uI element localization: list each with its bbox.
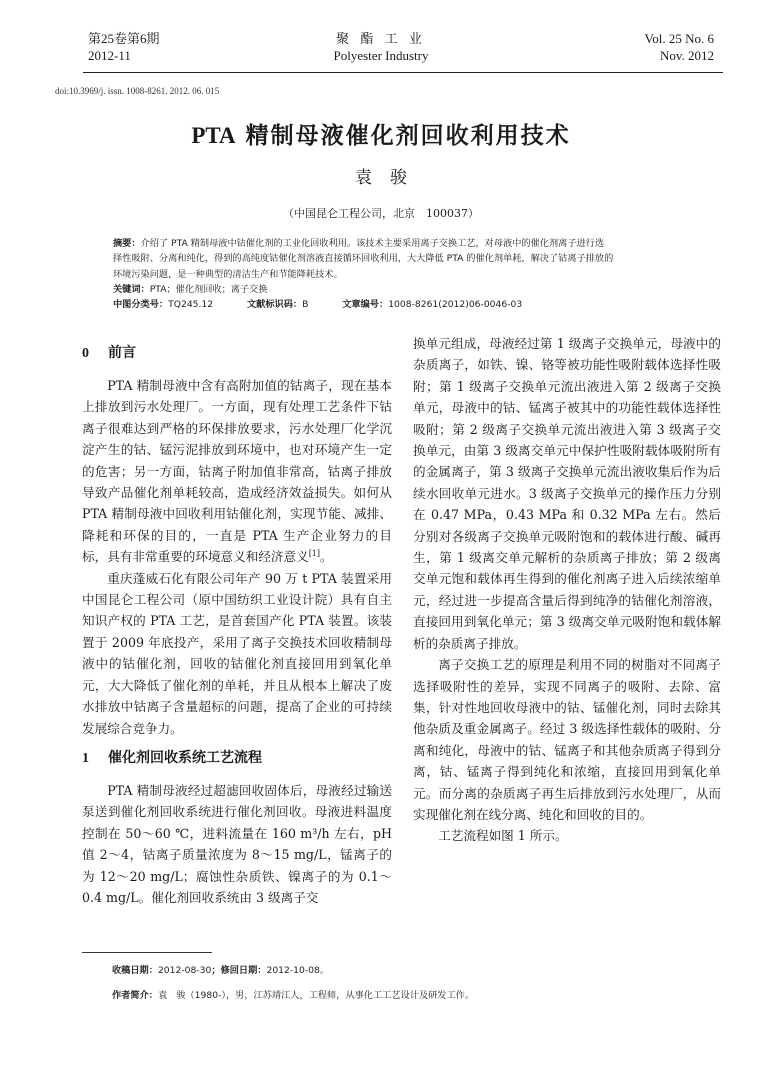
paragraph: 换单元组成，母液经过第 1 级离子交换单元，母液中的杂质离子，如铁、镍、铬等被功… <box>413 333 721 654</box>
author-bio: 作者简介：袁 骏（1980-），男，江苏靖江人，工程师，从事化工工艺设计及研发工… <box>112 987 474 1001</box>
clc-number: TQ245.12 <box>168 299 213 310</box>
abstract-line-3: 环境污染问题，是一种典型的清洁生产和节能降耗技术。 <box>113 267 713 282</box>
article-number: 1008-8261(2012)06-0046-03 <box>388 299 522 310</box>
footnote-divider <box>82 952 212 953</box>
doc-code: B <box>302 299 308 310</box>
volume-number: Vol. 25 No. 6 <box>645 30 714 47</box>
title-prefix: PTA <box>191 123 235 148</box>
left-column: 0前言 PTA 精制母液中含有高附加值的钴离子，现在基本上排放到污水处理厂。一方… <box>82 342 392 908</box>
abstract-line-2: 择性吸附、分离和纯化，得到的高纯度钴催化剂溶液直接循环回收利用，大大降低 PTA… <box>113 251 713 266</box>
paragraph: PTA 精制母液经过超滤回收固体后，母液经过输送泵送到催化剂回收系统进行催化剂回… <box>82 780 392 908</box>
section-heading-1: 1催化剂回收系统工艺流程 <box>82 747 392 780</box>
affiliation: （中国昆仑工程公司，北京 100037） <box>0 205 762 221</box>
paper-title: PTA 精制母液催化剂回收利用技术 <box>0 117 762 150</box>
abstract-block: 摘要：介绍了 PTA 精制母液中钴催化剂的工业化回收利用。该技术主要采用离子交换… <box>113 236 713 312</box>
paragraph: 离子交换工艺的原理是利用不同的树脂对不同离子选择吸附性的差异，实现不同离子的吸附… <box>413 654 721 825</box>
paragraph: PTA 精制母液中含有高附加值的钴离子，现在基本上排放到污水处理厂。一方面，现有… <box>82 375 392 568</box>
doi: doi:10.3969/j. issn. 1008-8261. 2012. 06… <box>55 86 219 96</box>
title-main: 精制母液催化剂回收利用技术 <box>236 123 571 149</box>
section-heading-0: 0前言 <box>82 342 392 375</box>
classification-line: 中图分类号：TQ245.12 文献标识码：B 文章编号：1008-8261(20… <box>113 297 713 312</box>
author: 袁骏 <box>0 163 762 188</box>
header-divider <box>83 72 723 73</box>
right-column: 换单元组成，母液经过第 1 级离子交换单元，母液中的杂质离子，如铁、镍、铬等被功… <box>413 333 721 847</box>
citation[interactable]: [1] <box>309 549 320 558</box>
keywords: 关键词：PTA；催化剂回收；离子交换 <box>113 282 713 297</box>
volume-date: Nov. 2012 <box>645 47 714 64</box>
received-dates: 收稿日期：2012-08-30；修回日期：2012-10-08。 <box>112 962 329 976</box>
paragraph: 工艺流程如图 1 所示。 <box>413 825 721 846</box>
abstract-line-1: 摘要：介绍了 PTA 精制母液中钴催化剂的工业化回收利用。该技术主要采用离子交换… <box>113 236 713 251</box>
abstract-label: 摘要： <box>113 238 141 249</box>
paragraph: 重庆蓬威石化有限公司年产 90 万 t PTA 装置采用中国昆仑工程公司（原中国… <box>82 568 392 739</box>
running-header-right: Vol. 25 No. 6 Nov. 2012 <box>645 30 714 64</box>
